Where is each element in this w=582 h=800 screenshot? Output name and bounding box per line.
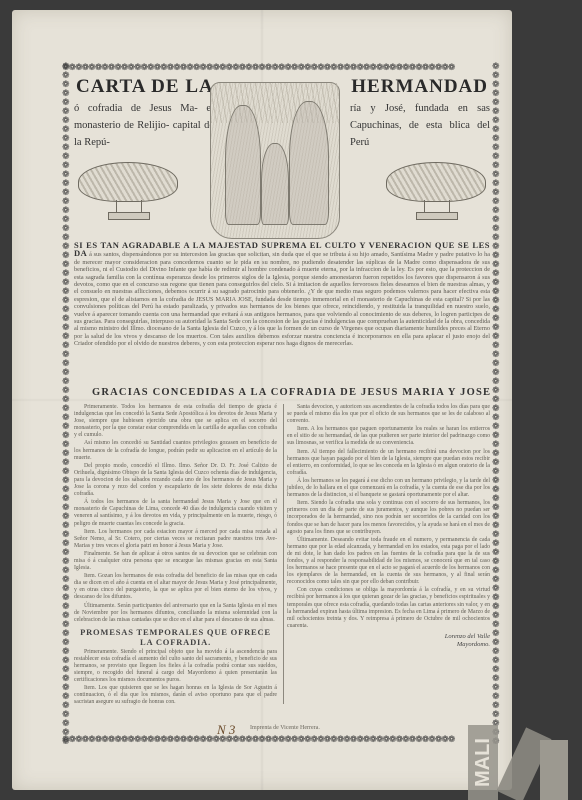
gracia-paragraph: Santa devocion, y autoricen sus ascendie… <box>287 404 490 425</box>
holy-family-woodcut-image <box>210 82 340 239</box>
gracia-paragraph: Á todos los hermanos de la santa hermand… <box>74 499 277 527</box>
flower-basket-right-image <box>386 162 486 222</box>
two-column-body: Primeramente. Todos los hermanos de esta… <box>74 404 490 729</box>
gracia-paragraph: Finalmente. Se han de aplicar á otros sa… <box>74 551 277 572</box>
title-left: CARTA DE LA <box>76 76 214 98</box>
left-column: Primeramente. Todos los hermanos de esta… <box>74 404 277 708</box>
ornament-border-top: ❁❁❁❁❁❁❁❁❁❁❁❁❁❁❁❁❁❁❁❁❁❁❁❁❁❁❁❁❁❁❁❁❁❁❁❁❁❁❁❁… <box>62 62 502 72</box>
child-figure <box>261 143 289 225</box>
ornamental-frame: ❁❁❁❁❁❁❁❁❁❁❁❁❁❁❁❁❁❁❁❁❁❁❁❁❁❁❁❁❁❁❁❁❁❁❁❁❁❁❁❁… <box>62 62 502 744</box>
signature-name: Lorenzo del Valle <box>287 633 490 641</box>
gracia-paragraph: Del propio modo, concedió el Illmo. Ilmo… <box>74 463 277 498</box>
promesa-paragraph: Primeramente. Siendo el principal objeto… <box>74 649 277 684</box>
intro-body: á sus santos, dispensándonos por su inte… <box>74 251 490 347</box>
printer-imprint: Imprenta de Vicente Herrera. <box>250 725 320 731</box>
gracia-paragraph: Item. Gozan los hermanos de esta cofradi… <box>74 573 277 601</box>
label-sticker <box>540 740 568 800</box>
gracia-paragraph: Primeramente. Todos los hermanos de esta… <box>74 404 277 439</box>
column-divider <box>283 404 284 704</box>
signature: Lorenzo del Valle Mayordomo. <box>287 633 490 649</box>
document-page: ❁❁❁❁❁❁❁❁❁❁❁❁❁❁❁❁❁❁❁❁❁❁❁❁❁❁❁❁❁❁❁❁❁❁❁❁❁❁❁❁… <box>12 10 512 790</box>
right-column: Santa devocion, y autoricen sus ascendie… <box>287 404 490 649</box>
gracia-paragraph: Últimamente. Serán participantes del ani… <box>74 603 277 624</box>
gracia-paragraph: Item. A los hermanos que paguen oportuna… <box>287 426 490 447</box>
museum-watermark: MALI <box>468 725 498 800</box>
gracia-paragraph: Item. Al tiempo del fallecimiento de un … <box>287 449 490 477</box>
ornament-border-right: ❁❁❁❁❁❁❁❁❁❁❁❁❁❁❁❁❁❁❁❁❁❁❁❁❁❁❁❁❁❁❁❁❁❁❁❁❁❁❁❁… <box>492 62 502 744</box>
title-right: HERMANDAD <box>351 76 488 98</box>
promesa-paragraph: Item. Los que quisieren que se les hagan… <box>74 685 277 706</box>
gracia-paragraph: Item. Siendo la cofradia una sola y cont… <box>287 500 490 535</box>
section-title-gracias: GRACIAS CONCEDIDAS A LA COFRADIA DE JESU… <box>92 387 491 398</box>
gracia-paragraph: Últimamente. Deseando evitar toda fraude… <box>287 537 490 587</box>
closing-paragraph: Con cuyas condiciones se obliga la mayor… <box>287 587 490 630</box>
intro-paragraph: SI ES TAN AGRADABLE A LA MAJESTAD SUPREM… <box>74 242 490 348</box>
joseph-figure <box>289 101 329 225</box>
subtitle-right: ría y José, fundada en sas Capuchinas, d… <box>350 100 490 151</box>
section-title-promesas: PROMESAS TEMPORALES QUE OFRECE LA COFRAD… <box>74 627 277 647</box>
ornament-border-left: ❁❁❁❁❁❁❁❁❁❁❁❁❁❁❁❁❁❁❁❁❁❁❁❁❁❁❁❁❁❁❁❁❁❁❁❁❁❁❁❁… <box>62 62 72 744</box>
flower-basket-left-image <box>78 162 178 222</box>
ornament-border-bottom: ❁❁❁❁❁❁❁❁❁❁❁❁❁❁❁❁❁❁❁❁❁❁❁❁❁❁❁❁❁❁❁❁❁❁❁❁❁❁❁❁… <box>62 734 502 744</box>
signature-title: Mayordomo. <box>287 641 490 649</box>
subtitle-left: ó cofradia de Jesus Ma- el monasterio de… <box>74 100 214 151</box>
gracia-paragraph: Item. Los hermanos por cada estacion may… <box>74 529 277 550</box>
handwritten-mark: N 3 <box>217 722 235 738</box>
mary-figure <box>225 105 261 225</box>
gracia-paragraph: Así mismo les concedió su Santidad cuant… <box>74 440 277 461</box>
gracia-paragraph: Á los hermanos se les pagará á ese dicho… <box>287 478 490 499</box>
